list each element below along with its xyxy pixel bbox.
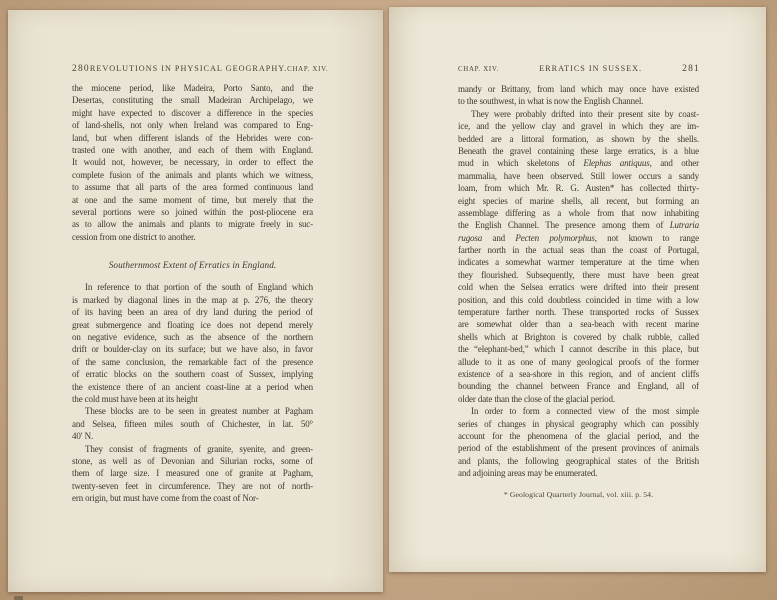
text-line: land, but when different islands of the … [72, 132, 313, 144]
text-line: of its having been an area of dry land d… [72, 306, 313, 318]
text-line: trasted one with another, and each of th… [72, 144, 313, 156]
text-line: temperature farther north. These transpo… [458, 306, 699, 318]
text-line: period of the establishment of the prese… [458, 442, 699, 454]
text-line: They consist of fragments of granite, sy… [72, 443, 313, 455]
text-line: indicates a somewhat warmer temperature … [458, 256, 699, 268]
text-line: shells which at Brighton is covered by c… [458, 331, 699, 343]
left-page-body: the miocene period, like Madeira, Porto … [72, 82, 313, 505]
text-line: are somewhat older than a sea-beach with… [458, 318, 699, 330]
text-line: of erratic blocks on the southern coast … [72, 368, 313, 380]
text-line: the “elephant-bed,” which I cannot descr… [458, 343, 699, 355]
running-title: ERRATICS IN SUSSEX. [539, 64, 642, 73]
text-line: of land-shells, not only when Ireland wa… [72, 119, 313, 131]
text-line: stone, as well as of Devonian and Siluri… [72, 455, 313, 467]
text-line: at one and the same moment of time, but … [72, 194, 313, 206]
text-line: and adjoining areas may be enumerated. [458, 467, 699, 479]
text-line: It would not, however, be necessary, in … [72, 156, 313, 168]
text-line: 40′ N. [72, 430, 313, 442]
text-line: Desertas, constituting the small Madeira… [72, 94, 313, 106]
text-line: great submergence and floating ice does … [72, 319, 313, 331]
text-line: cession from one district to another. [72, 231, 313, 243]
text-line: ern origin, but must have come from the … [72, 492, 313, 504]
text-line: drift or boulder-clay on its surface; bu… [72, 343, 313, 355]
text-line: assemblage differing as a whole from tha… [458, 207, 699, 219]
text-line: older date than the close of the glacial… [458, 393, 699, 405]
text-line: cold when the Selsea erratics were drift… [458, 281, 699, 293]
text-line: bounding the channel between France and … [458, 380, 699, 392]
text-line: account for the phenomena of the glacial… [458, 430, 699, 442]
text-line: existence of a sea-shore in this region,… [458, 368, 699, 380]
text-line: the existence there of an ancient coast-… [72, 381, 313, 393]
text-line: the English Channel. The presence among … [458, 219, 699, 231]
text-line: they flourished. Subsequently, there mus… [458, 269, 699, 281]
text-line: of the same conclusion, the remarkable f… [72, 356, 313, 368]
text-line: eight species of marine shells, all rece… [458, 195, 699, 207]
text-line: allude to it as one of many geological p… [458, 356, 699, 368]
text-line: These blocks are to be seen in greatest … [72, 405, 313, 417]
text-line: ice, and the yellow clay and gravel in w… [458, 120, 699, 132]
text-line: and plants, the following geographical s… [458, 455, 699, 467]
text-line: In reference to that portion of the sout… [72, 281, 313, 293]
left-page-header: 280 REVOLUTIONS IN PHYSICAL GEOGRAPHY. C… [72, 64, 314, 74]
text-line: on negative evidence, such as the absenc… [72, 331, 313, 343]
text-line: series of changes in physical geography … [458, 418, 699, 430]
text-line: loam, from which Mr. R. G. Austen* has c… [458, 182, 699, 194]
chapter-label: CHAP. XIV. [287, 66, 328, 73]
text-line: the miocene period, like Madeira, Porto … [72, 82, 313, 94]
right-page-header: CHAP. XIV. ERRATICS IN SUSSEX. 281 [458, 64, 700, 74]
text-line: might have expected to discover a differ… [72, 107, 313, 119]
text-line: several portions were so joined within t… [72, 206, 313, 218]
text-line: position, and this cold doubtless coinci… [458, 294, 699, 306]
footnote: * Geological Quarterly Journal, vol. xii… [458, 489, 699, 501]
text-line: mammalia, have been observed. Still lowe… [458, 170, 699, 182]
text-line: They were probably drifted into their pr… [458, 108, 699, 120]
text-line: to the southwest, in what is now the Eng… [458, 95, 699, 107]
right-page: CHAP. XIV. ERRATICS IN SUSSEX. 281 mandy… [389, 7, 766, 572]
book-spread-backdrop: 280 REVOLUTIONS IN PHYSICAL GEOGRAPHY. C… [0, 0, 777, 600]
scan-artifact [14, 596, 23, 600]
page-number: 281 [682, 64, 700, 74]
text-line: In order to form a connected view of the… [458, 405, 699, 417]
text-line: is marked by diagonal lines in the map a… [72, 294, 313, 306]
text-line: mud in which skeletons of Elephas antiqu… [458, 157, 699, 169]
text-line: and Selsea, fifteen miles south of Chich… [72, 418, 313, 430]
text-line: mandy or Brittany, from land which may o… [458, 83, 699, 95]
left-page: 280 REVOLUTIONS IN PHYSICAL GEOGRAPHY. C… [8, 10, 383, 592]
text-line: farther north in the actual seas than th… [458, 244, 699, 256]
text-line: as to allow the animals and plants to mi… [72, 218, 313, 230]
running-title: REVOLUTIONS IN PHYSICAL GEOGRAPHY. [90, 64, 287, 73]
text-line: to assume that all parts of the area for… [72, 181, 313, 193]
section-heading: Southernmost Extent of Erratics in Engla… [72, 259, 313, 271]
text-line: rugosa and Pecten polymorphus, not known… [458, 232, 699, 244]
text-line: twenty-seven feet in circumference. They… [72, 480, 313, 492]
right-page-body: mandy or Brittany, from land which may o… [458, 83, 699, 501]
text-line: them of large size. I measured one of gr… [72, 467, 313, 479]
text-line: bedded are a littoral formation, as show… [458, 133, 699, 145]
text-line: complete fusion of the animals and plant… [72, 169, 313, 181]
page-number: 280 [72, 64, 90, 74]
chapter-label: CHAP. XIV. [458, 66, 499, 73]
text-line: the cold must have been at its height [72, 393, 313, 405]
text-line: Beneath the gravel containing these larg… [458, 145, 699, 157]
